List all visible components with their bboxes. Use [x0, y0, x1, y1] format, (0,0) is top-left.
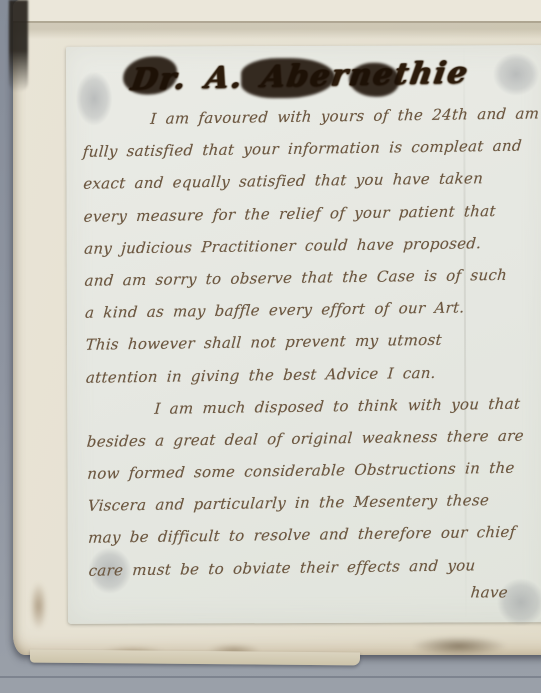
letter-body: I am favoured with yours of the 24th and…: [82, 97, 541, 586]
backdrop-seam: [0, 676, 541, 678]
edge-stain: [30, 582, 47, 630]
catchword: have: [67, 583, 509, 603]
page-crease: [13, 21, 541, 39]
adhesive-smudge-top-right: [487, 47, 541, 101]
photograph: Dr. A. Abernethie I am favoured with you…: [0, 0, 541, 693]
edge-stain: [411, 636, 507, 656]
manuscript-line: care must be to obviate their effects an…: [88, 548, 541, 587]
page-stack-edge: [30, 650, 360, 666]
letter-sheet: Dr. A. Abernethie I am favoured with you…: [66, 45, 541, 624]
ink-blot: [349, 63, 399, 97]
page-top-sliver: [13, 0, 541, 21]
spine-shadow: [9, 0, 28, 92]
